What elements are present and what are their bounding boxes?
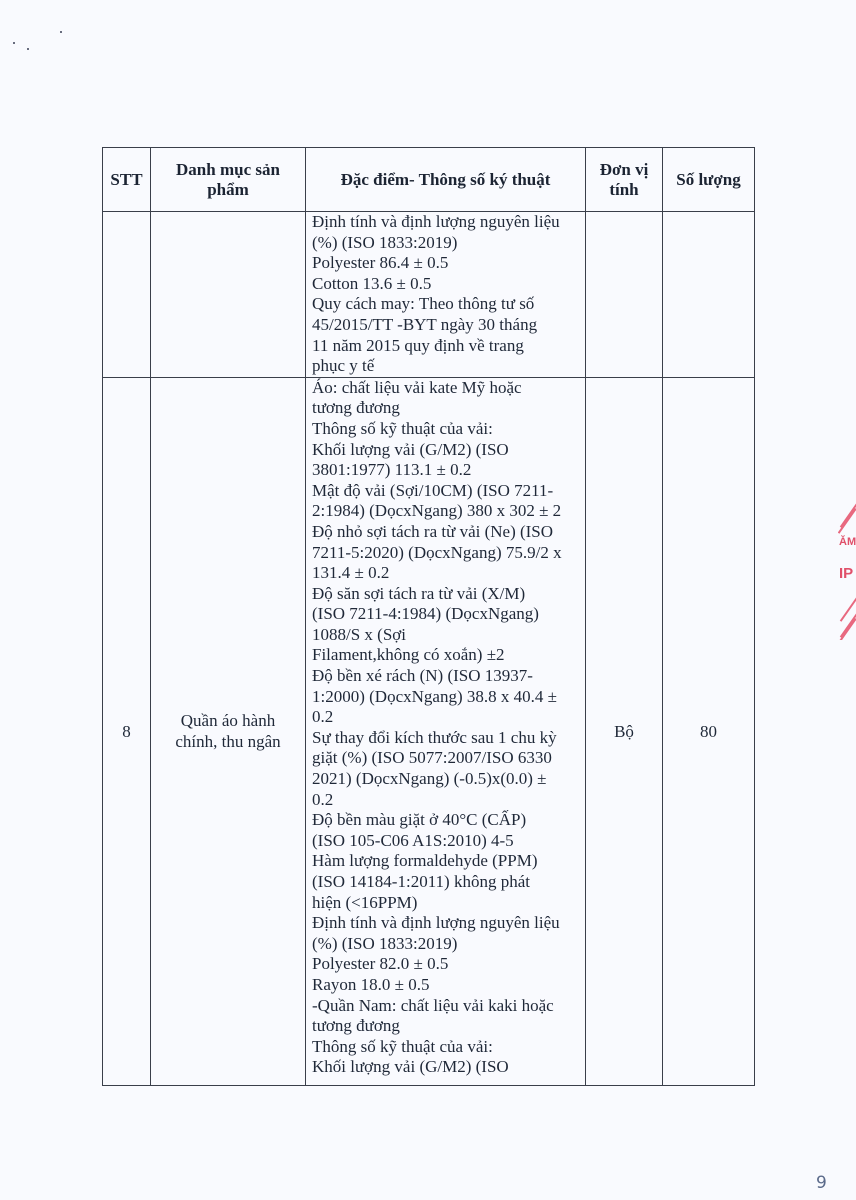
- spec-line: -Quần Nam: chất liệu vải kaki hoặc: [312, 996, 585, 1017]
- spec-line: Khối lượng vải (G/M2) (ISO: [312, 1057, 585, 1078]
- spec-line: giặt (%) (ISO 5077:2007/ISO 6330: [312, 748, 585, 769]
- stamp-text-bottom: IP: [839, 565, 853, 582]
- spec-line: Thông số kỹ thuật của vải:: [312, 1037, 585, 1058]
- spec-line: Cotton 13.6 ± 0.5: [312, 274, 585, 295]
- header-product-name: Danh mục sản phẩm: [151, 148, 306, 212]
- spec-line: Định tính và định lượng nguyên liệu: [312, 913, 585, 934]
- stamp-text-top: ĂM: [839, 536, 856, 548]
- header-specifications: Đặc điểm- Thông số ký thuật: [306, 148, 586, 212]
- spec-line: Định tính và định lượng nguyên liệu: [312, 212, 585, 233]
- spec-line: Độ săn sợi tách ra từ vải (X/M): [312, 584, 585, 605]
- spec-line: 2021) (DọcxNgang) (-0.5)x(0.0) ±: [312, 769, 585, 790]
- spec-line: Độ nhỏ sợi tách ra từ vải (Ne) (ISO: [312, 522, 585, 543]
- table-row-item-8: 8 Quần áo hành chính, thu ngân Áo: chất …: [103, 377, 755, 1085]
- spec-line: hiện (<16PPM): [312, 893, 585, 914]
- spec-line: Polyester 86.4 ± 0.5: [312, 253, 585, 274]
- red-seal-stamp-fragment: ĂM IP: [838, 500, 856, 640]
- scan-artifacts: [0, 0, 80, 40]
- spec-line: Rayon 18.0 ± 0.5: [312, 975, 585, 996]
- cell-stt: [103, 212, 151, 378]
- cell-specifications: Áo: chất liệu vải kate Mỹ hoặctương đươn…: [306, 377, 586, 1085]
- cell-product-name: Quần áo hành chính, thu ngân: [151, 377, 306, 1085]
- spec-line: Khối lượng vải (G/M2) (ISO: [312, 440, 585, 461]
- cell-unit: [586, 212, 663, 378]
- spec-line: phục y tế: [312, 356, 585, 377]
- page-number: 9: [816, 1173, 827, 1193]
- spec-line: Mật độ vải (Sợi/10CM) (ISO 7211-: [312, 481, 585, 502]
- spec-line: 131.4 ± 0.2: [312, 563, 585, 584]
- spec-line: Sự thay đổi kích thước sau 1 chu kỳ: [312, 728, 585, 749]
- spec-line: 0.2: [312, 707, 585, 728]
- spec-line: tương đương: [312, 1016, 585, 1037]
- spec-line: Độ bền xé rách (N) (ISO 13937-: [312, 666, 585, 687]
- spec-line: Áo: chất liệu vải kate Mỹ hoặc: [312, 378, 585, 399]
- spec-line: (ISO 14184-1:2011) không phát: [312, 872, 585, 893]
- table-row-continued: Định tính và định lượng nguyên liệu(%) (…: [103, 212, 755, 378]
- spec-line: Thông số kỹ thuật của vải:: [312, 419, 585, 440]
- header-quantity: Số lượng: [663, 148, 755, 212]
- spec-line: (ISO 7211-4:1984) (DọcxNgang): [312, 604, 585, 625]
- spec-line: (ISO 105-C06 A1S:2010) 4-5: [312, 831, 585, 852]
- cell-stt: 8: [103, 377, 151, 1085]
- header-stt: STT: [103, 148, 151, 212]
- cell-unit: Bộ: [586, 377, 663, 1085]
- table-header-row: STT Danh mục sản phẩm Đặc điểm- Thông số…: [103, 148, 755, 212]
- spec-line: 0.2: [312, 790, 585, 811]
- spec-line: Quy cách may: Theo thông tư số: [312, 294, 585, 315]
- product-spec-table: STT Danh mục sản phẩm Đặc điểm- Thông số…: [102, 147, 755, 1086]
- spec-line: 1:2000) (DọcxNgang) 38.8 x 40.4 ±: [312, 687, 585, 708]
- spec-line: 1088/S x (Sợi: [312, 625, 585, 646]
- spec-line: 7211-5:2020) (DọcxNgang) 75.9/2 x: [312, 543, 585, 564]
- cell-product-name: [151, 212, 306, 378]
- spec-line: 45/2015/TT -BYT ngày 30 tháng: [312, 315, 585, 336]
- spec-line: tương đương: [312, 398, 585, 419]
- spec-line: (%) (ISO 1833:2019): [312, 233, 585, 254]
- spec-line: Hàm lượng formaldehyde (PPM): [312, 851, 585, 872]
- spec-line: 3801:1977) 113.1 ± 0.2: [312, 460, 585, 481]
- spec-line: Độ bền màu giặt ở 40°C (CẤP): [312, 810, 585, 831]
- spec-line: 2:1984) (DọcxNgang) 380 x 302 ± 2: [312, 501, 585, 522]
- spec-line: Polyester 82.0 ± 0.5: [312, 954, 585, 975]
- spec-line: 11 năm 2015 quy định về trang: [312, 336, 585, 357]
- spec-line: (%) (ISO 1833:2019): [312, 934, 585, 955]
- cell-quantity: [663, 212, 755, 378]
- cell-quantity: 80: [663, 377, 755, 1085]
- cell-specifications: Định tính và định lượng nguyên liệu(%) (…: [306, 212, 586, 378]
- spec-line: Filament,không có xoắn) ±2: [312, 645, 585, 666]
- header-unit: Đơn vị tính: [586, 148, 663, 212]
